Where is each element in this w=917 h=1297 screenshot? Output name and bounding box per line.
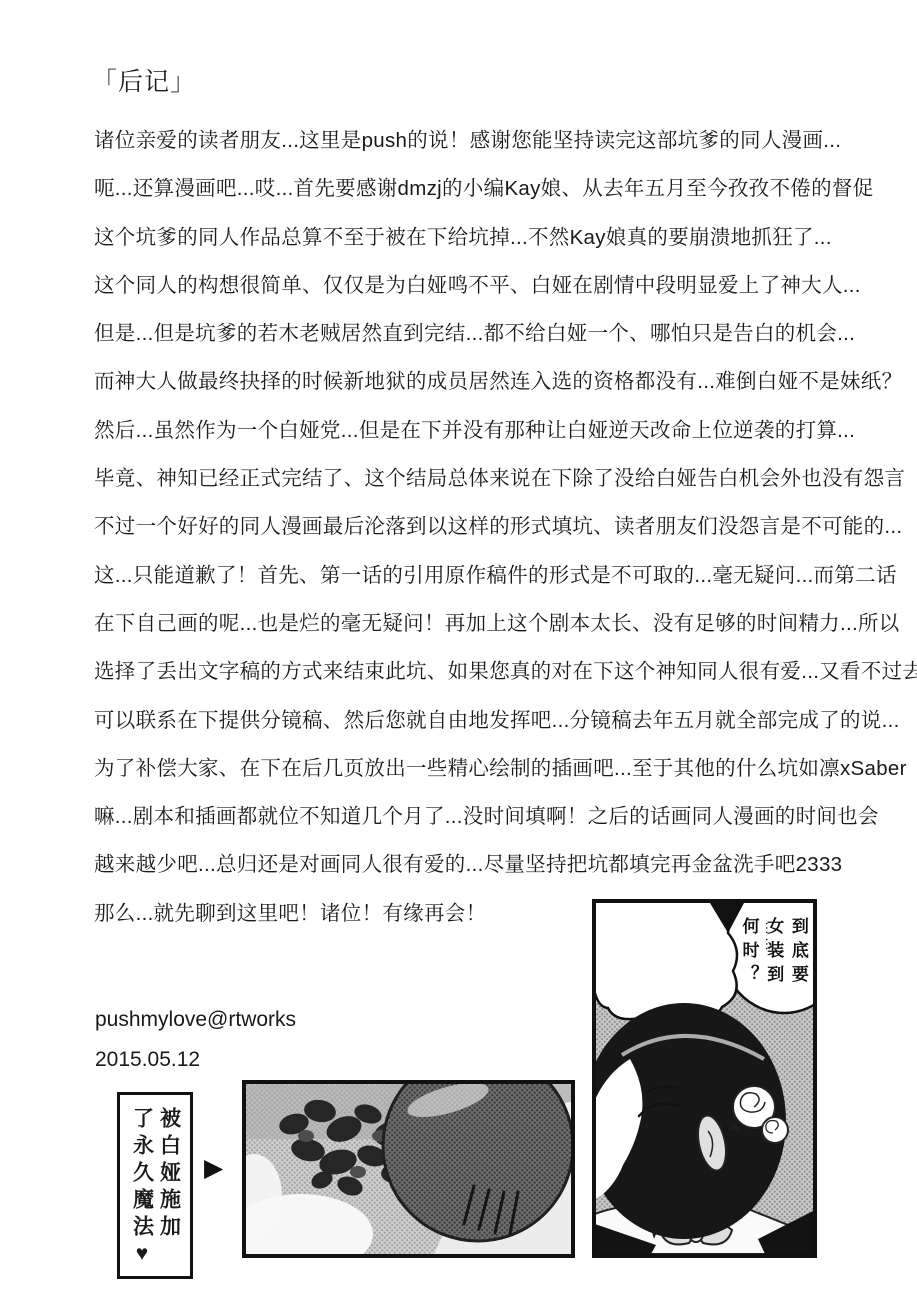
afterword-line: 但是...但是坑爹的若木老贼居然直到完结...都不给白娅一个、哪怕只是告白的机会… xyxy=(94,310,864,358)
afterword-line: 诸位亲爱的读者朋友...这里是push的说！感谢您能坚持读完这部坑爹的同人漫画.… xyxy=(94,117,864,165)
right-arrow-icon: ▶ xyxy=(204,1156,223,1181)
afterword-line: 这个坑爹的同人作品总算不至于被在下给坑掉...不然Kay娘真的要崩溃地抓狂了..… xyxy=(94,214,864,262)
silence-dots: …… xyxy=(763,921,779,953)
page-title: 「后记」 xyxy=(92,62,196,98)
afterword-line: 而神大人做最终抉择的时候新地狱的成员居然连入选的资格都没有...难倒白娅不是妹纸… xyxy=(94,358,864,406)
afterword-line: 毕竟、神知已经正式完结了、这个结局总体来说在下除了没给白娅告白机会外也没有怨言 xyxy=(94,455,864,503)
bubble-text-column: 何时？ xyxy=(739,917,758,989)
manga-panel-middle-art xyxy=(246,1084,571,1254)
manga-panel-character: 桂木你 到底要 女装到 何时？ …… xyxy=(592,899,817,1258)
speech-bubble-text: 桂木你 到底要 女装到 何时？ xyxy=(608,917,817,989)
afterword-page: 「后记」 诸位亲爱的读者朋友...这里是push的说！感谢您能坚持读完这部坑爹的… xyxy=(0,0,917,1297)
bubble-text-column: 到底要 xyxy=(788,917,807,989)
afterword-line: 这个同人的构想很简单、仅仅是为白娅鸣不平、白娅在剧情中段明显爱上了神大人... xyxy=(94,262,864,310)
caption-column-right: 被白娅施加 xyxy=(158,1107,180,1242)
bubble-text-column: 桂木你 xyxy=(813,917,817,989)
publish-date: 2015.05.12 xyxy=(95,1048,200,1072)
afterword-line: 嘛...剧本和插画都就位不知道几个月了...没时间填啊！之后的话画同人漫画的时间… xyxy=(94,793,864,841)
afterword-line: 这...只能道歉了！首先、第一话的引用原作稿件的形式是不可取的...毫无疑问..… xyxy=(94,552,864,600)
afterword-line: 在下自己画的呢...也是烂的毫无疑问！再加上这个剧本太长、没有足够的时间精力..… xyxy=(94,600,864,648)
afterword-line: 可以联系在下提供分镜稿、然后您就自由地发挥吧...分镜稿去年五月就全部完成了的说… xyxy=(94,697,864,745)
afterword-line: 然后...虽然作为一个白娅党...但是在下并没有那种让白娅逆天改命上位逆袭的打算… xyxy=(94,407,864,455)
author-signature: pushmylove@rtworks xyxy=(95,1008,296,1032)
afterword-line: 不过一个好好的同人漫画最后沦落到以这样的形式填坑、读者朋友们没怨言是不可能的..… xyxy=(94,503,864,551)
manga-panel-middle xyxy=(242,1080,575,1258)
caption-column-left: 了永久魔法♥ xyxy=(130,1107,152,1271)
afterword-text: 诸位亲爱的读者朋友...这里是push的说！感谢您能坚持读完这部坑爹的同人漫画.… xyxy=(94,117,864,938)
afterword-line: 呃...还算漫画吧...哎...首先要感谢dmzj的小编Kay娘、从去年五月至今… xyxy=(94,165,864,213)
afterword-line: 为了补偿大家、在下在后几页放出一些精心绘制的插画吧...至于其他的什么坑如凛xS… xyxy=(94,745,864,793)
caption-box: 被白娅施加 了永久魔法♥ xyxy=(117,1092,193,1279)
afterword-line: 选择了丢出文字稿的方式来结束此坑、如果您真的对在下这个神知同人很有爱...又看不… xyxy=(94,648,864,696)
afterword-line: 越来越少吧...总归还是对画同人很有爱的...尽量坚持把坑都填完再金盆洗手吧23… xyxy=(94,841,864,889)
